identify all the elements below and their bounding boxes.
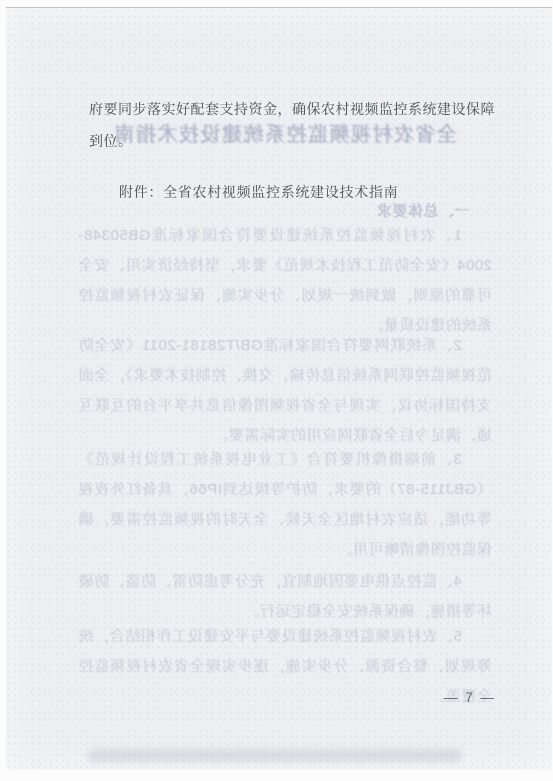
bleedthrough-paragraph: 1、农村视频监控系统建设要符合国家标准GB50348-2004《安全防范工程技术… — [78, 221, 492, 341]
bleedthrough-smudge-band — [88, 749, 462, 762]
bleedthrough-paragraph: 5、农村视频监控系统建设要与平安建设工作相结合，统筹规划、整合资源、分步实施，逐… — [78, 622, 492, 712]
scanned-page: 全省农村视频监控系统建设技术指南 一、总体要求 1、农村视频监控系统建设要符合国… — [6, 7, 552, 770]
bleedthrough-paragraph: 3、前端摄像机要符合《工业电视系统工程设计规范》（GBJ115-87）的要求，防… — [78, 445, 492, 565]
body-text-line: 到位。 — [89, 131, 133, 151]
page-number: — 7 — — [444, 690, 496, 705]
bleedthrough-paragraph: 2、系统联网要符合国家标准GB/T28181-2011《安全防范视频监控联网系统… — [78, 331, 492, 451]
bleedthrough-title: 全省农村视频监控系统建设技术指南 — [78, 120, 492, 150]
bleedthrough-layer: 全省农村视频监控系统建设技术指南 一、总体要求 1、农村视频监控系统建设要符合国… — [78, 8, 492, 770]
attachment-reference-line: 附件：全省农村视频监控系统建设技术指南 — [119, 182, 398, 202]
bleedthrough-paragraph: 4、监控点供电要因地制宜，充分考虑防雷、防盗、防破坏等措施，确保系统安全稳定运行… — [78, 567, 492, 627]
body-text-line: 府要同步落实好配套支持资金，确保农村视频监控系统建设保障 — [89, 99, 495, 119]
scan-background: 全省农村视频监控系统建设技术指南 一、总体要求 1、农村视频监控系统建设要符合国… — [0, 0, 553, 781]
